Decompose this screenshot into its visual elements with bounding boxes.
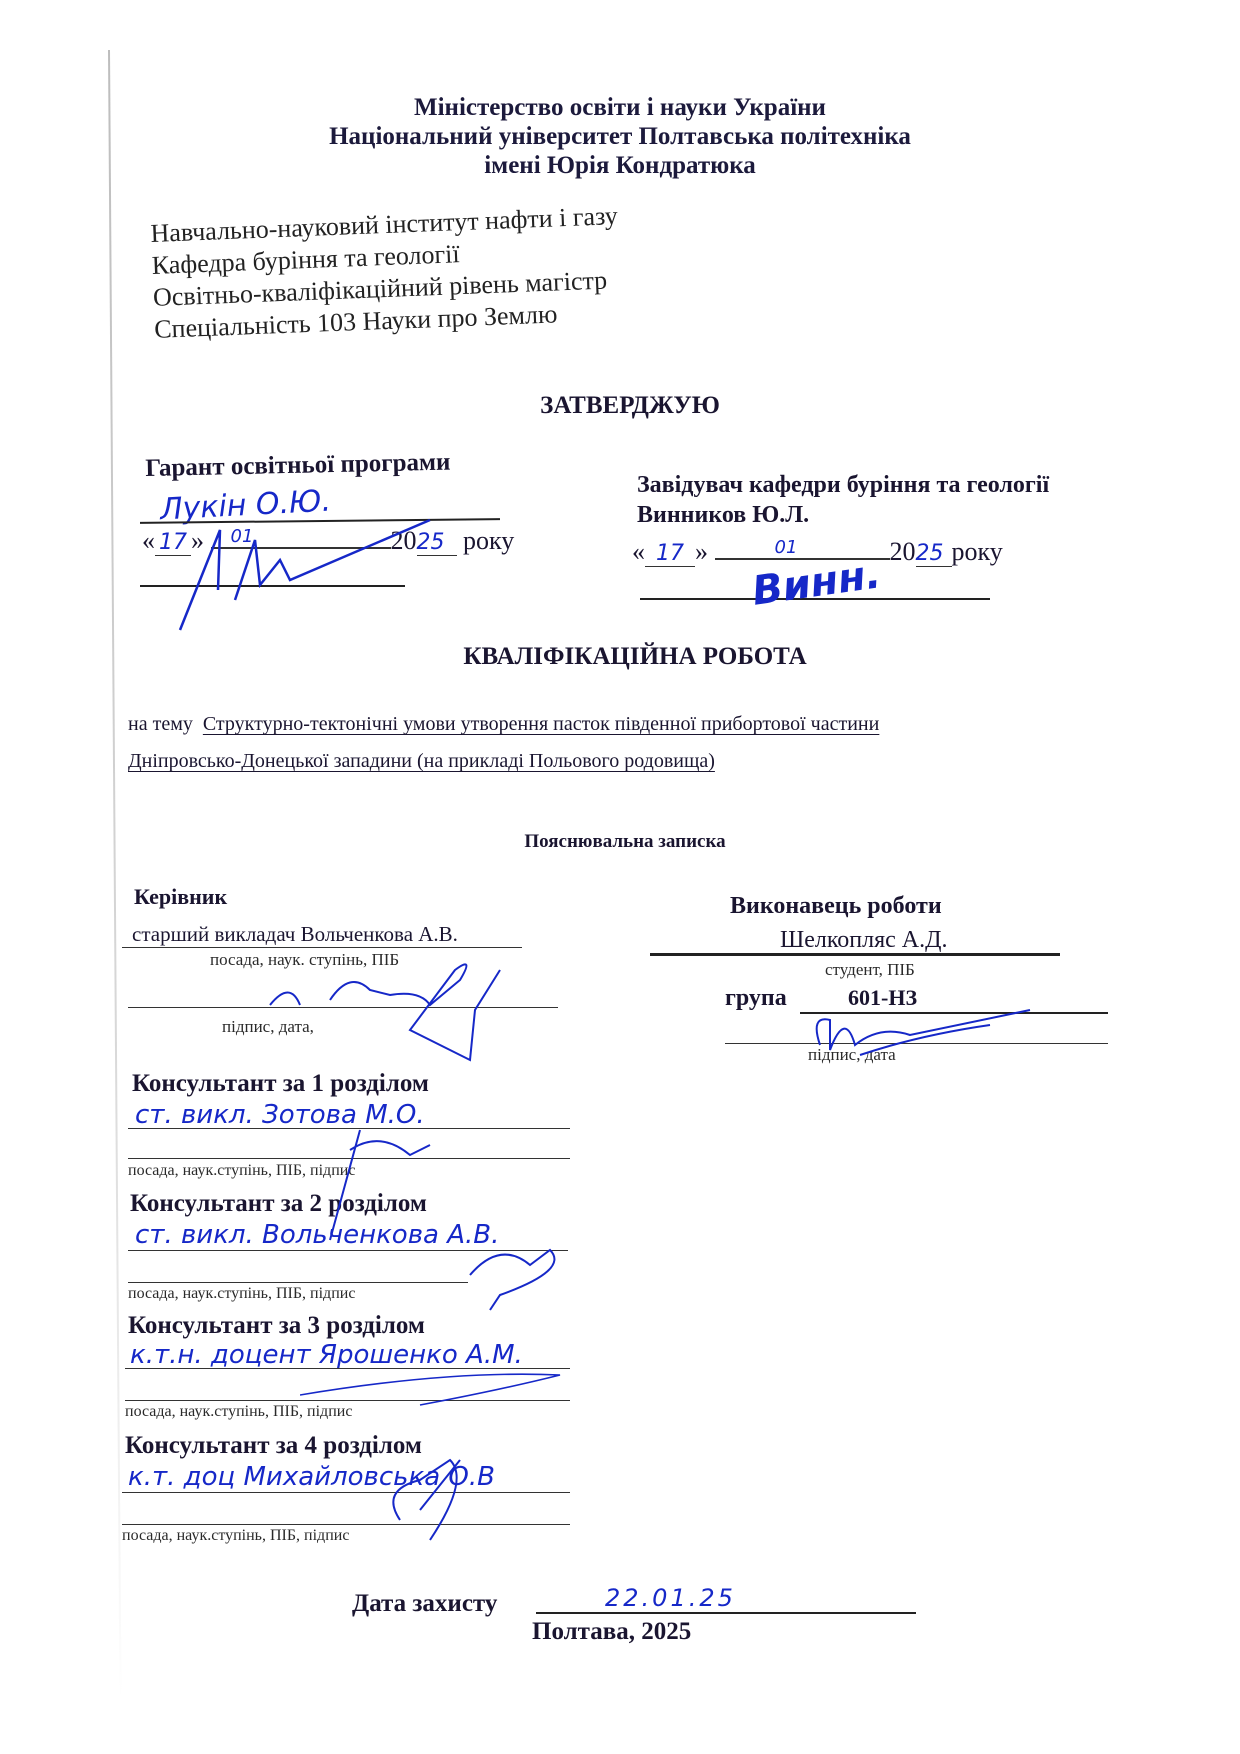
group-label: група [725,985,787,1012]
consultant-2-caption: посада, наук.ступінь, ПІБ, підпис [128,1285,355,1303]
consultant-4-handwritten: к.т. доц Михайловська О.В [128,1462,495,1492]
defense-date-value: 22.01.25 [605,1584,736,1612]
consultant-4-caption: посада, наук.ступінь, ПІБ, підпис [122,1527,349,1545]
university-title: Національний університет Полтавська полі… [0,122,1240,151]
institute-block: Навчально-науковий інститут нафти і газу… [150,200,622,346]
supervisor-caption-2: підпис, дата, [222,1017,314,1037]
student-name: Шелкопляс А.Д. [780,927,948,954]
head-title: Завідувач кафедри буріння та геології [637,472,1049,499]
ministry-title: Міністерство освіти і науки України [0,93,1240,122]
consultant-2-handwritten: ст. викл. Вольченкова А.В. [135,1220,499,1250]
consultant-4-line-2 [122,1524,570,1525]
consultant-2-heading: Консультант за 2 розділом [130,1190,427,1218]
guarantor-signature-line [140,585,405,587]
consultant-4-line-1 [122,1492,570,1493]
guarantor-title: Гарант освітньої програми [145,449,451,483]
student-caption-2: підпис, дата [808,1045,896,1065]
supervisor-caption-1: посада, наук. ступінь, ПІБ [210,950,399,970]
student-caption-1: студент, ПІБ [825,960,915,980]
topic-label: на тему [128,713,193,735]
consultant-3-caption: посада, наук.ступінь, ПІБ, підпис [125,1403,352,1421]
supervisor-signature-line [128,1007,558,1008]
defense-date-line [536,1612,916,1614]
explanatory-note: Пояснювальна записка [0,831,1240,853]
page-margin-line [108,50,122,1700]
work-title: КВАЛІФІКАЦІЙНА РОБОТА [0,643,1240,671]
city-year: Полтава, 2025 [532,1618,691,1646]
head-year: 25 [916,541,952,567]
supervisor-value: старший викладач Вольченкова А.В. [132,922,458,947]
consultant-2-line-1 [128,1250,568,1251]
group-value: 601-НЗ [848,985,917,1011]
topic-text-1: Структурно-тектонічні умови утворення па… [203,713,879,735]
consultant-3-handwritten: к.т.н. доцент Ярошенко А.М. [130,1340,523,1370]
approval-heading: ЗАТВЕРДЖУЮ [0,392,1240,420]
consultant-3-heading: Консультант за 3 розділом [128,1312,425,1340]
consultant-4-heading: Консультант за 4 розділом [125,1432,422,1460]
university-named-after: імені Юрія Кондратюка [0,151,1240,180]
consultant-1-handwritten: ст. викл. Зотова М.О. [135,1100,425,1130]
guarantor-day: 17 [155,530,191,556]
student-signature-line [725,1043,1108,1044]
group-line [800,1012,1108,1014]
defense-date-label: Дата захисту [352,1590,497,1618]
consultant-1-line-1 [128,1128,570,1129]
student-heading: Виконавець роботи [730,893,942,920]
guarantor-year: 25 [417,530,457,556]
consultant-3-line-2 [125,1400,570,1401]
consultant-2-line-2 [128,1282,468,1283]
guarantor-month: 01 [211,526,391,549]
consultant-1-line-2 [128,1158,570,1159]
supervisor-value-line [122,947,522,948]
consultant-1-heading: Консультант за 1 розділом [132,1070,429,1098]
supervisor-heading: Керівник [134,884,227,910]
topic-text-2: Дніпровсько-Донецької западини (на прикл… [128,750,715,773]
head-day: 17 [645,541,695,567]
head-name: Винников Ю.Л. [637,502,809,529]
consultant-3-line-1 [125,1368,570,1369]
topic-line-1: на тему Структурно-тектонічні умови утво… [128,713,879,736]
consultant-1-caption: посада, наук.ступінь, ПІБ, підпис [128,1162,355,1180]
student-name-line [650,953,1060,956]
guarantor-date: «17» 012025 року [142,526,514,556]
